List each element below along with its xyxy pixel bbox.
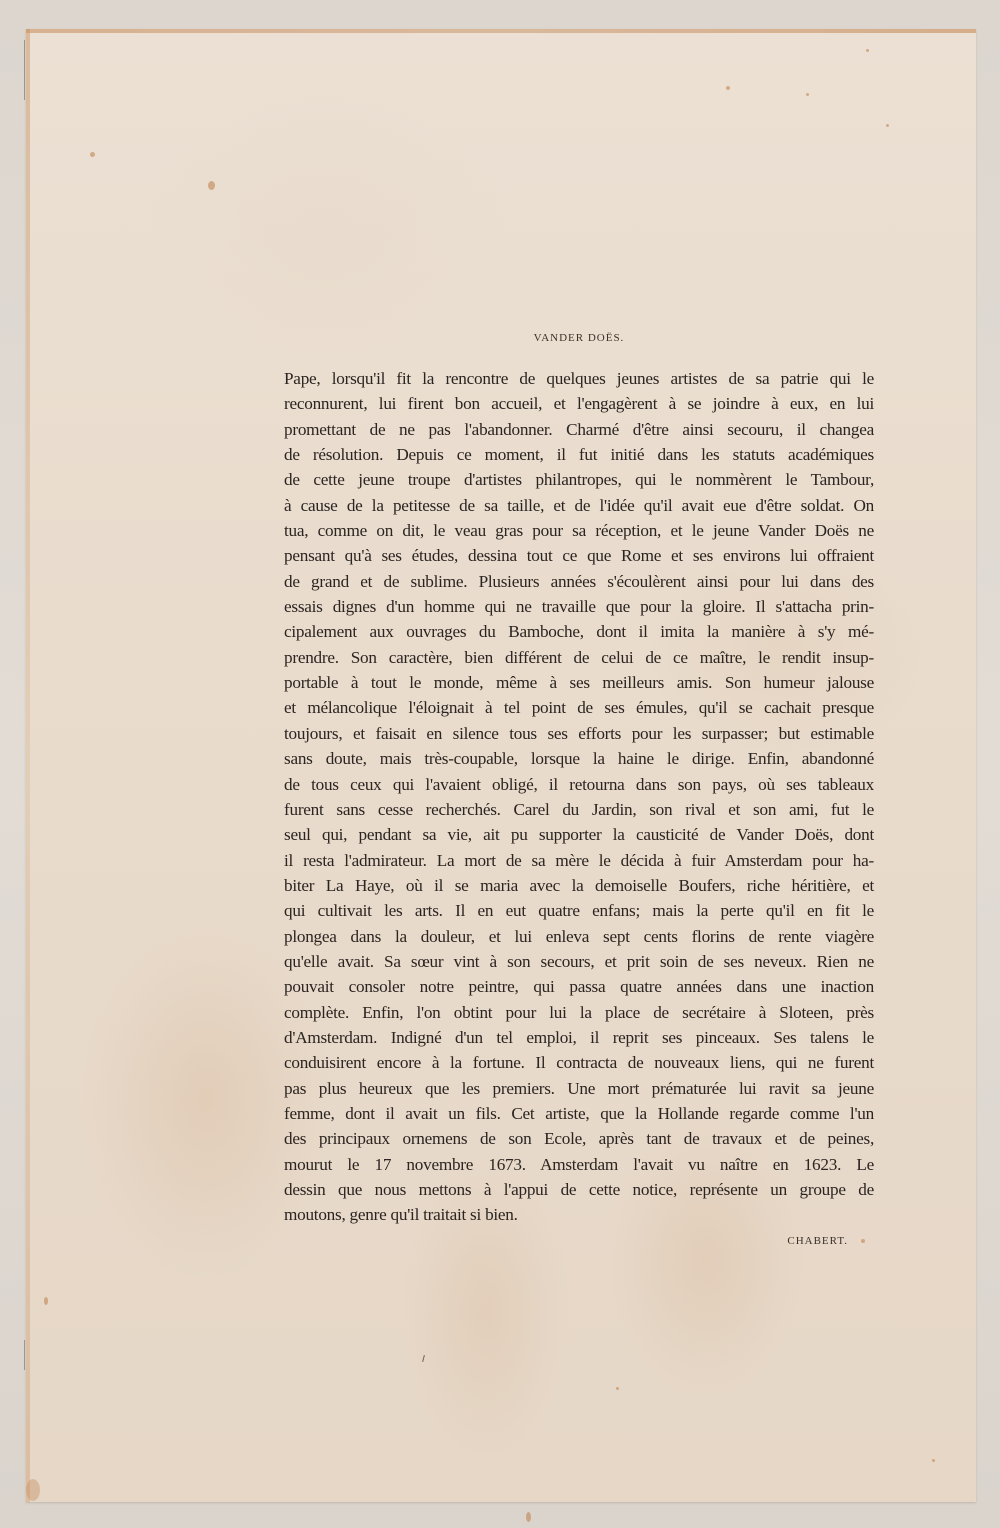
pencil-mark bbox=[422, 1355, 425, 1362]
paper-sheet: VANDER DOËS. Pape, lorsqu'il fit la renc… bbox=[26, 29, 976, 1502]
text-line: de cette jeune troupe d'artistes philant… bbox=[284, 467, 874, 492]
body-paragraph: Pape, lorsqu'il fit la rencontre de quel… bbox=[284, 366, 874, 1228]
foxing-spot bbox=[861, 1239, 865, 1243]
text-line: et mélancolique l'éloignait à tel point … bbox=[284, 695, 874, 720]
text-line: des principaux ornemens de son Ecole, ap… bbox=[284, 1126, 874, 1151]
text-line: moutons, genre qu'il traitait si bien. bbox=[284, 1202, 874, 1227]
text-line: seul qui, pendant sa vie, ait pu support… bbox=[284, 822, 874, 847]
foxing-spot bbox=[806, 93, 809, 96]
text-line: il resta l'admirateur. La mort de sa mèr… bbox=[284, 848, 874, 873]
foxing-spot bbox=[526, 1512, 531, 1522]
text-line: plongea dans la douleur, et lui enleva s… bbox=[284, 924, 874, 949]
running-head: VANDER DOËS. bbox=[284, 332, 874, 344]
text-line: à cause de la petitesse de sa taille, et… bbox=[284, 493, 874, 518]
foxing-spot bbox=[932, 1459, 935, 1462]
foxing-spot bbox=[886, 124, 889, 127]
text-line: mourut le 17 novembre 1673. Amsterdam l'… bbox=[284, 1152, 874, 1177]
text-line: furent sans cesse recherchés. Carel du J… bbox=[284, 797, 874, 822]
text-line: qu'elle avait. Sa sœur vint à son secour… bbox=[284, 949, 874, 974]
edge-pencil-mark bbox=[24, 40, 25, 100]
text-line: sans doute, mais très-coupable, lorsque … bbox=[284, 746, 874, 771]
edge-pencil-mark bbox=[24, 1340, 25, 1370]
text-line: conduisirent encore à la fortune. Il con… bbox=[284, 1050, 874, 1075]
text-line: pouvait consoler notre peintre, qui pass… bbox=[284, 974, 874, 999]
text-line: de grand et de sublime. Plusieurs années… bbox=[284, 569, 874, 594]
foxing-spot bbox=[726, 86, 730, 90]
text-line: toujours, et faisait en silence tous ses… bbox=[284, 721, 874, 746]
text-line: dessin que nous mettons à l'appui de cet… bbox=[284, 1177, 874, 1202]
text-line: Pape, lorsqu'il fit la rencontre de quel… bbox=[284, 366, 874, 391]
text-line: pensant qu'à ses études, dessina tout ce… bbox=[284, 543, 874, 568]
text-line: complète. Enfin, l'on obtint pour lui la… bbox=[284, 1000, 874, 1025]
text-line: reconnurent, lui firent bon accueil, et … bbox=[284, 391, 874, 416]
foxing-spot bbox=[26, 1479, 40, 1501]
foxing-spot bbox=[44, 1297, 48, 1305]
author-signature: CHABERT. bbox=[284, 1235, 848, 1247]
foxing-spot bbox=[616, 1387, 619, 1390]
text-line: qui cultivait les arts. Il en eut quatre… bbox=[284, 898, 874, 923]
text-line: cipalement aux ouvrages du Bamboche, don… bbox=[284, 619, 874, 644]
text-line: prendre. Son caractère, bien différent d… bbox=[284, 645, 874, 670]
text-line: femme, dont il avait un fils. Cet artist… bbox=[284, 1101, 874, 1126]
foxing-spot bbox=[208, 181, 215, 190]
text-line: promettant de ne pas l'abandonner. Charm… bbox=[284, 417, 874, 442]
text-line: essais dignes d'un homme qui ne travaill… bbox=[284, 594, 874, 619]
text-line: tua, comme on dit, le veau gras pour sa … bbox=[284, 518, 874, 543]
text-line: biter La Haye, où il se maria avec la de… bbox=[284, 873, 874, 898]
foxing-spot bbox=[866, 49, 869, 52]
foxing-spot bbox=[90, 152, 95, 157]
text-line: de résolution. Depuis ce moment, il fut … bbox=[284, 442, 874, 467]
text-line: d'Amsterdam. Indigné d'un tel emploi, il… bbox=[284, 1025, 874, 1050]
text-line: portable à tout le monde, même à ses mei… bbox=[284, 670, 874, 695]
text-line: pas plus heureux que les premiers. Une m… bbox=[284, 1076, 874, 1101]
text-line: de tous ceux qui l'avaient obligé, il re… bbox=[284, 772, 874, 797]
